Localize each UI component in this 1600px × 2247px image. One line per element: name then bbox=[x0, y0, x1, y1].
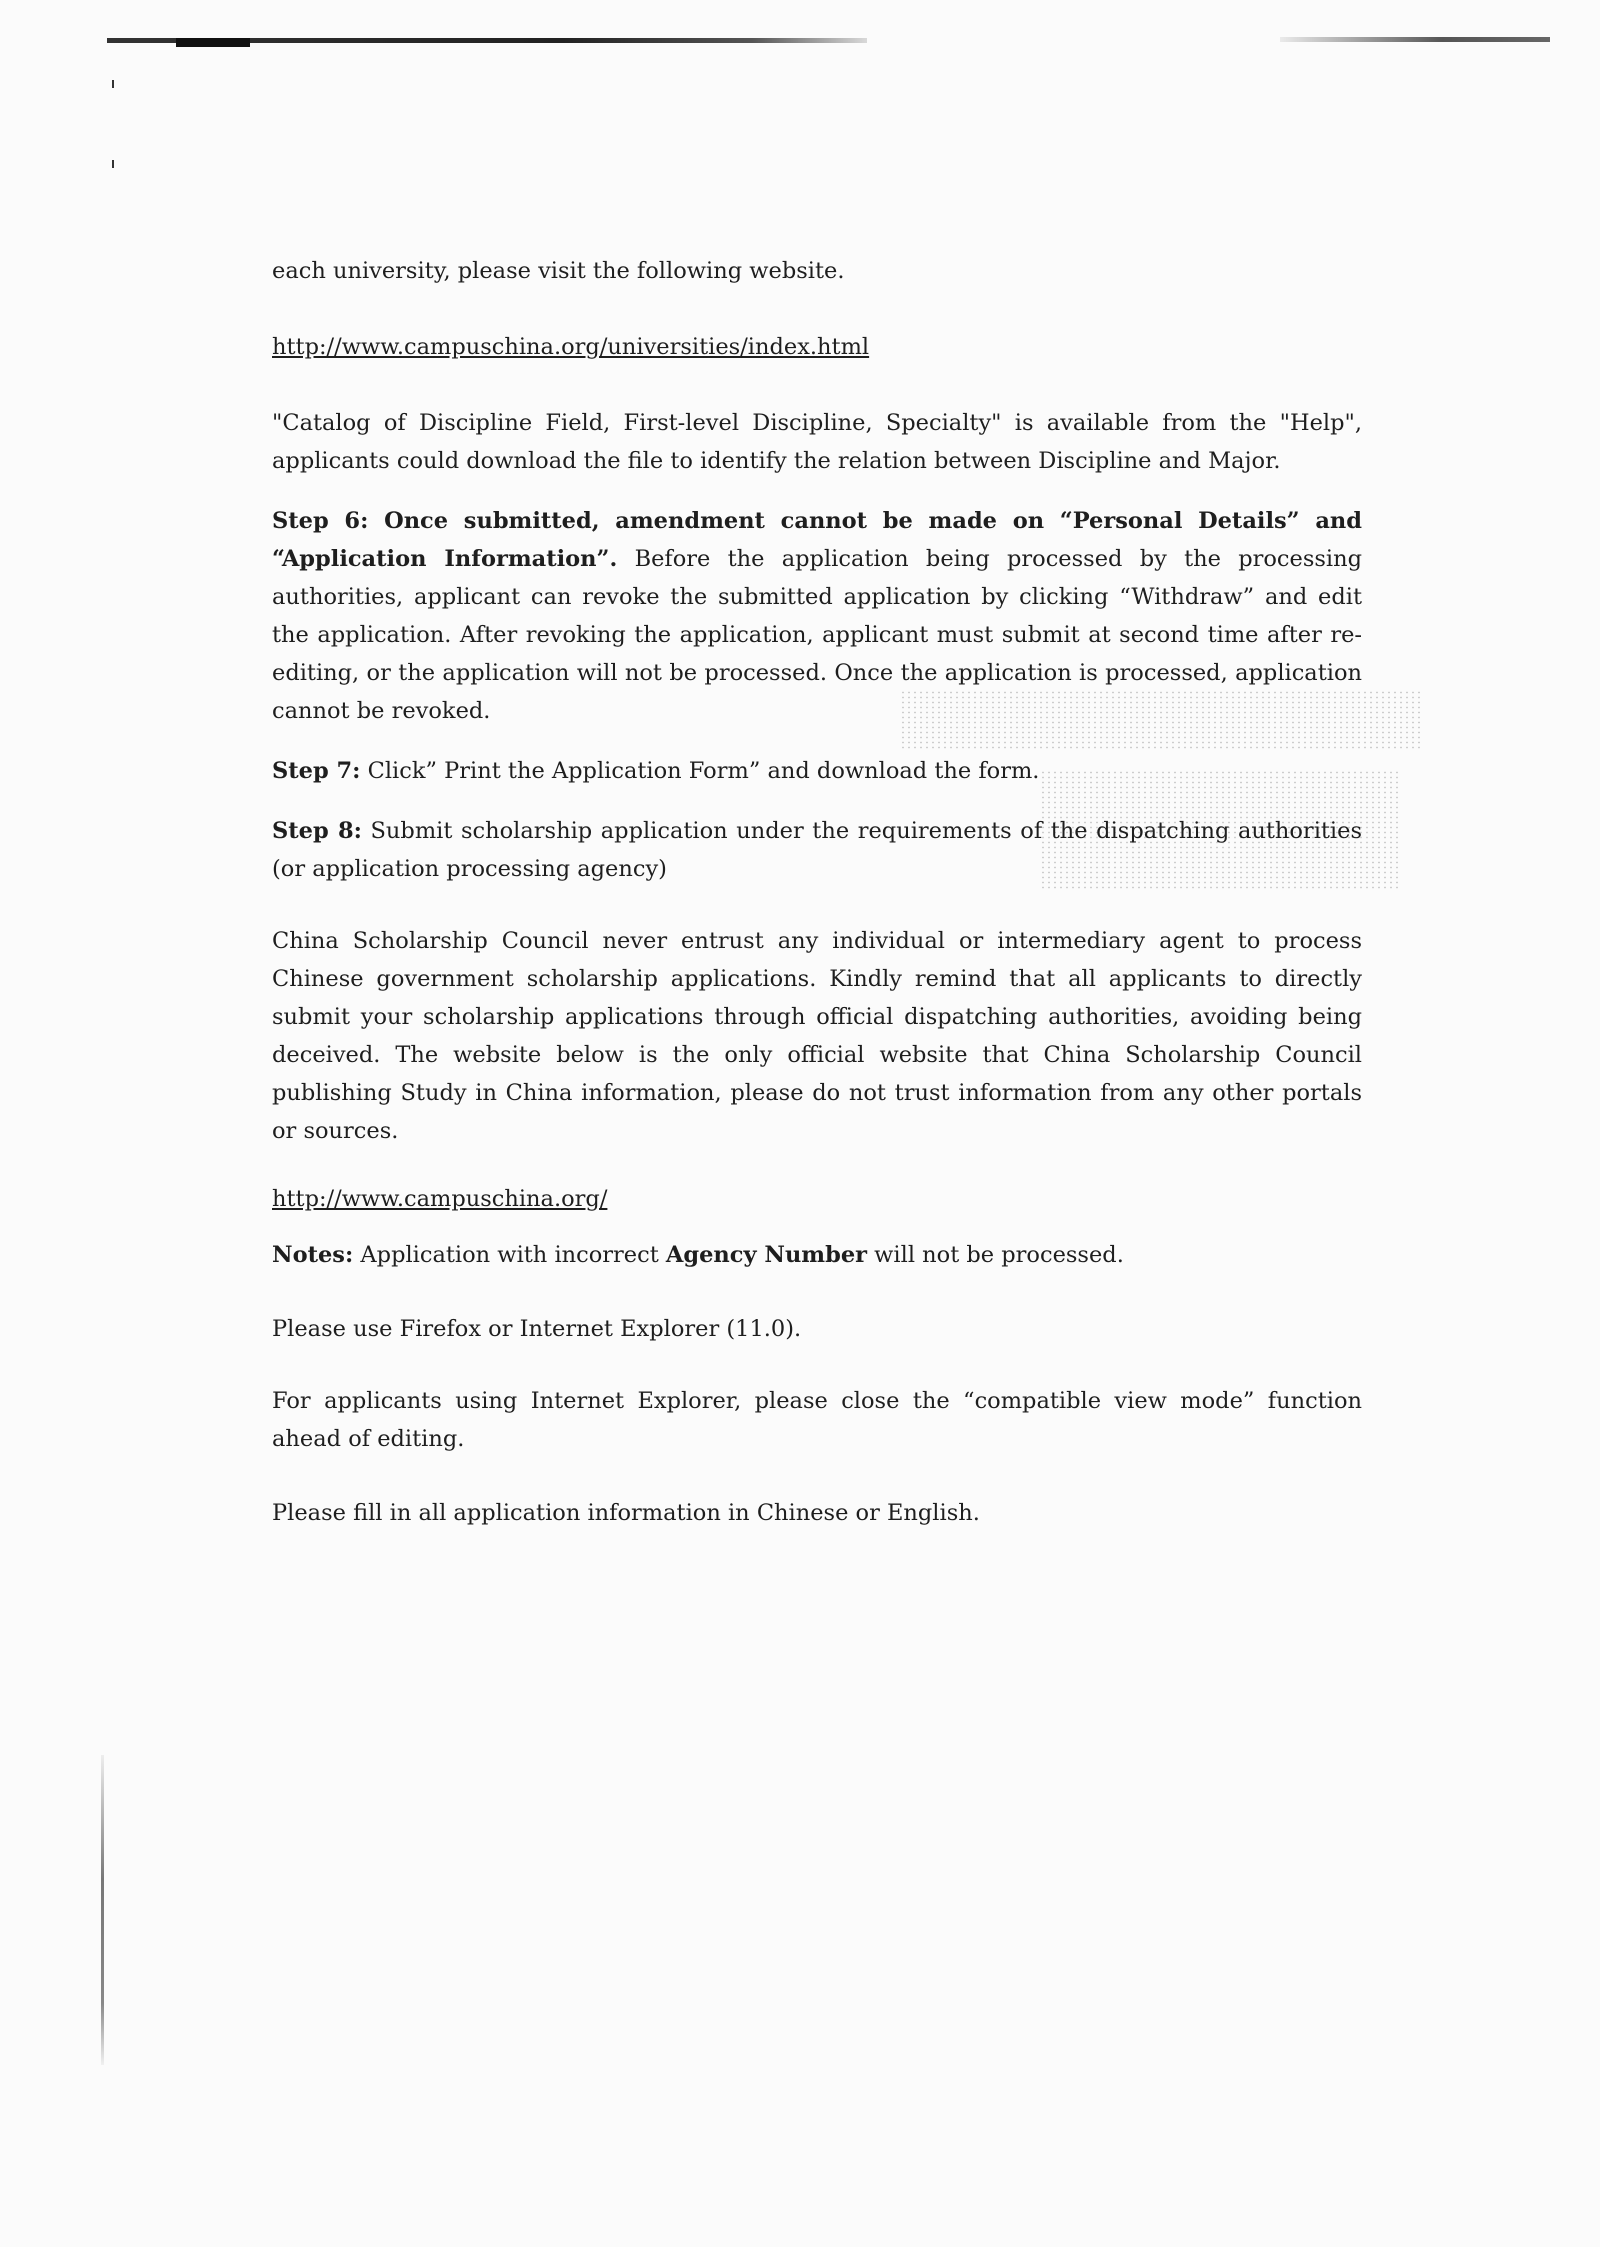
step-8-body: Submit scholarship application under the… bbox=[272, 818, 1362, 882]
browser-note: Please use Firefox or Internet Explorer … bbox=[272, 1310, 1362, 1348]
step-7-label: Step 7: bbox=[272, 758, 360, 784]
step-7-paragraph: Step 7: Click” Print the Application For… bbox=[272, 752, 1362, 790]
document-body: each university, please visit the follow… bbox=[272, 252, 1362, 1532]
step-8-label: Step 8: bbox=[272, 818, 362, 844]
notes-label: Notes: bbox=[272, 1242, 353, 1268]
scan-edge-shadow bbox=[101, 1755, 104, 2065]
official-website-link[interactable]: http://www.campuschina.org/ bbox=[272, 1186, 607, 1212]
step-6-label: Step 6: bbox=[272, 508, 368, 534]
universities-link[interactable]: http://www.campuschina.org/universities/… bbox=[272, 334, 869, 360]
step-6-body: Before the application being processed b… bbox=[272, 546, 1362, 724]
language-note: Please fill in all application informati… bbox=[272, 1494, 1362, 1532]
warning-paragraph: China Scholarship Council never entrust … bbox=[272, 922, 1362, 1150]
notes-text-end: will not be processed. bbox=[867, 1242, 1124, 1268]
scan-mark bbox=[112, 160, 114, 168]
catalog-paragraph: "Catalog of Discipline Field, First-leve… bbox=[272, 404, 1362, 480]
notes-text: Application with incorrect bbox=[353, 1242, 666, 1268]
scan-border-line-right bbox=[1280, 37, 1550, 42]
step-6-paragraph: Step 6: Once submitted, amendment cannot… bbox=[272, 502, 1362, 730]
step-8-paragraph: Step 8: Submit scholarship application u… bbox=[272, 812, 1362, 888]
scan-mark bbox=[112, 80, 114, 88]
ie-note: For applicants using Internet Explorer, … bbox=[272, 1382, 1362, 1458]
notes-paragraph: Notes: Application with incorrect Agency… bbox=[272, 1236, 1362, 1274]
step-7-body: Click” Print the Application Form” and d… bbox=[360, 758, 1039, 784]
intro-line: each university, please visit the follow… bbox=[272, 252, 1362, 290]
agency-number-emphasis: Agency Number bbox=[666, 1242, 867, 1268]
scan-artifact-block bbox=[176, 38, 250, 47]
